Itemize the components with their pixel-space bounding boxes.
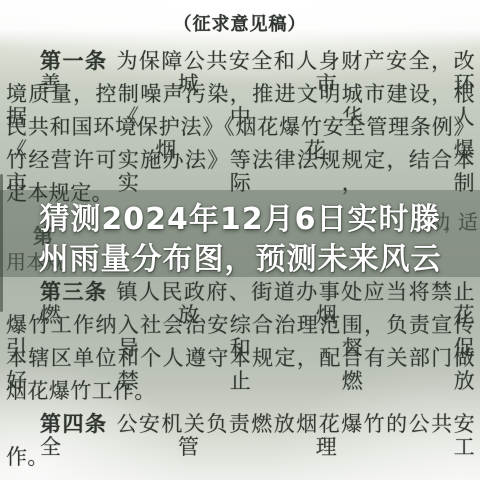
draft-label: （征求意见稿） (0, 10, 480, 36)
doc-line: 烟花爆竹工作。 (6, 380, 475, 403)
article-number: 第一条 (40, 49, 107, 73)
doc-text: 烟花爆竹工作。 (6, 379, 156, 403)
caption-title: 猜测2024年12月6日实时滕 州雨量分布图，预测未来风云 (0, 200, 480, 280)
caption-title-line2: 州雨量分布图，预测未来风云 (0, 240, 480, 280)
article-number: 第三条 (40, 280, 107, 304)
screenshot-root: （征求意见稿） 第一条为保障公共安全和人身财产安全，改善城市环 境质量，控制噪声… (0, 0, 480, 480)
doc-text: 作。 (6, 445, 49, 469)
doc-line: 作。 (6, 446, 475, 469)
caption-title-line1: 猜测2024年12月6日实时滕 (0, 200, 480, 240)
article-number: 第四条 (40, 412, 107, 436)
